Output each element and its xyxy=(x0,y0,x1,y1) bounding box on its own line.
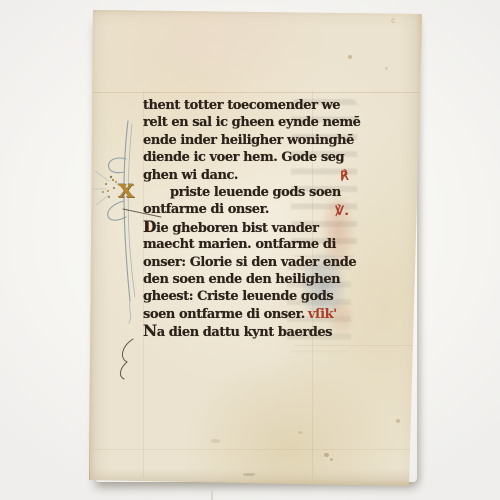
manuscript-text: soen ontfarme di onser. xyxy=(143,307,305,322)
text-line: soen ontfarme di onser.vſik' xyxy=(143,306,367,323)
stain-spot xyxy=(298,431,303,434)
manuscript-text: ende inder heiligher woninghē xyxy=(143,133,354,148)
manuscript-leaf: c xyxy=(89,9,423,487)
manuscript-text: ie gheboren bist vander xyxy=(156,221,319,236)
text-line: diende ic voer hem. Gode seg xyxy=(143,149,367,166)
stain-spot xyxy=(348,55,352,59)
text-line: onser: Glorie si den vader ende xyxy=(143,254,367,271)
flourished-capital: N xyxy=(143,323,157,338)
text-line: gheest: Criste leuende gods xyxy=(143,288,367,305)
stain-spot xyxy=(385,67,388,70)
text-line: relt en sal ic gheen eynde nemē xyxy=(143,114,367,131)
manuscript-text: relt en sal ic gheen eynde nemē xyxy=(143,115,360,130)
stain-smudge xyxy=(243,473,255,476)
rubricated-capital: D xyxy=(143,219,156,234)
manuscript-text: a dien dattu kynt baerdes xyxy=(157,325,332,340)
rubric-abbreviation: vſik' xyxy=(308,307,337,322)
text-line: ontfarme di onser. ℣. xyxy=(143,201,367,218)
manuscript-text: onser: Glorie si den vader ende xyxy=(143,255,356,270)
text-line: den soen ende den heilighen xyxy=(143,271,367,288)
stain-smudge xyxy=(211,439,220,443)
text-line: ghen wi danc. ℟ xyxy=(143,167,367,184)
manuscript-text: diende ic voer hem. Gode seg xyxy=(143,150,344,165)
text-line: Die gheboren bist vander xyxy=(143,219,367,236)
manuscript-text: gheest: Criste leuende gods xyxy=(143,289,333,304)
ruling-line-mid xyxy=(294,345,418,346)
illuminated-initial: X xyxy=(118,181,134,200)
manuscript-text: ontfarme di onser. xyxy=(143,202,269,217)
text-line: thent totter toecomender we xyxy=(143,97,367,114)
manuscript-text: thent totter toecomender we xyxy=(143,98,340,113)
manuscript-text: priste leuende gods soen xyxy=(170,185,341,200)
text-block: thent totter toecomender we relt en sal … xyxy=(143,97,367,340)
manuscript-text: maecht marien. ontfarme di xyxy=(143,237,336,252)
stain-spot xyxy=(330,458,333,461)
manuscript-text: den soen ende den heilighen xyxy=(143,272,340,287)
text-line: ende inder heiligher woninghē xyxy=(143,132,367,149)
versicle-mark: ℣. xyxy=(335,202,349,219)
text-line: X priste leuende gods soen xyxy=(143,184,367,201)
manuscript-text: ghen wi danc. xyxy=(143,168,238,183)
text-line: Na dien dattu kynt baerdes xyxy=(143,323,367,340)
ruling-line-top xyxy=(93,92,419,93)
ruling-line-bottom xyxy=(93,449,415,450)
stain-spot xyxy=(396,419,400,423)
text-line: maecht marien. ontfarme di xyxy=(143,236,367,253)
stain-spot xyxy=(324,453,329,457)
stand-wire xyxy=(211,488,213,500)
manuscript-photo: c xyxy=(0,0,500,500)
folio-mark: c xyxy=(391,16,395,25)
response-mark: ℟ xyxy=(340,167,349,184)
